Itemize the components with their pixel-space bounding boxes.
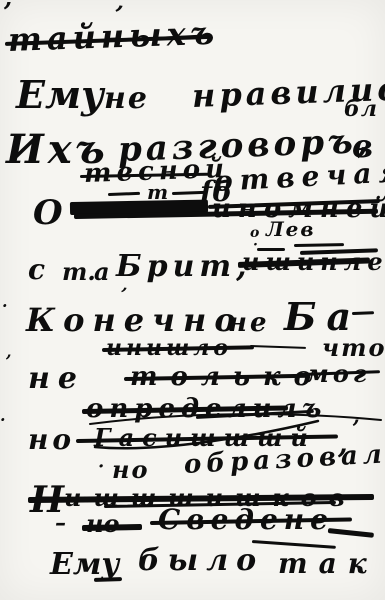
handwritten-word: т. [62,260,96,284]
handwritten-word: но [28,426,75,454]
strikethrough-bar [352,311,374,315]
strikethrough-bar [82,524,142,531]
strikethrough-bar [108,192,140,196]
inserted-word: бл [344,98,378,120]
margin-dot: · [2,298,8,314]
handwritten-word: не [104,84,149,114]
handwritten-word: а [94,260,110,284]
handwritten-word: отвечая [213,158,385,196]
strikethrough-bar [250,345,306,349]
strikethrough-bar [328,528,374,538]
ink-dot: · [98,458,104,476]
handwritten-word: Ему [50,550,119,580]
handwritten-word: так [278,550,378,578]
handwritten-word: что [322,336,385,360]
crossed-letter: т [147,182,168,202]
dash-mark: – [55,512,66,534]
handwritten-word: Ему [16,76,104,114]
handwritten-word: не [228,310,270,336]
handwritten-word: Брит, [116,252,252,282]
apostrophe-mark: ’ [352,418,360,440]
handwritten-word: но [112,458,150,482]
handwritten-word: с [28,256,45,284]
handwritten-word: Конечно [26,304,244,336]
margin-dot: · [0,412,6,428]
handwritten-word: не [28,364,85,394]
handwritten-word: было [138,546,264,576]
handwritten-word: Ба [284,298,361,336]
margin-mark: , [6,344,12,360]
handwritten-word: О [33,196,63,230]
inserted-word: Лев [266,219,316,239]
manuscript-page: ’’тайныхъЕмуненравилисьблИхъразговоръ,вт… [0,0,385,600]
